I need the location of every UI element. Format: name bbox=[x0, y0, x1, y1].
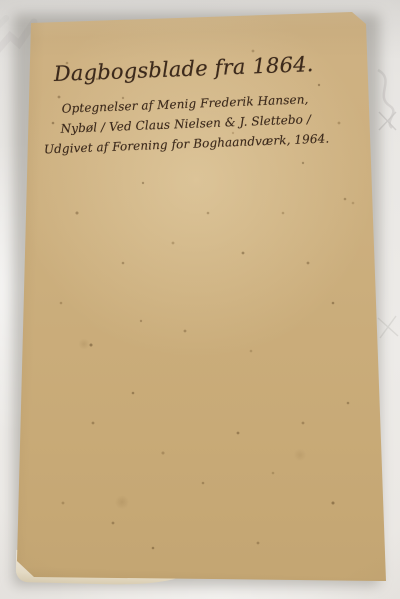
photo-scene: Dagbogsblade fra 1864. Optegnelser af Me… bbox=[0, 0, 400, 599]
book-subtitle: Optegnelser af Menig Frederik Hansen, Ny… bbox=[20, 88, 352, 161]
book-title: Dagbogsblade fra 1864. bbox=[18, 46, 349, 93]
book-cover: Dagbogsblade fra 1864. Optegnelser af Me… bbox=[0, 0, 400, 599]
cover-text-block: Dagbogsblade fra 1864. Optegnelser af Me… bbox=[18, 46, 352, 161]
